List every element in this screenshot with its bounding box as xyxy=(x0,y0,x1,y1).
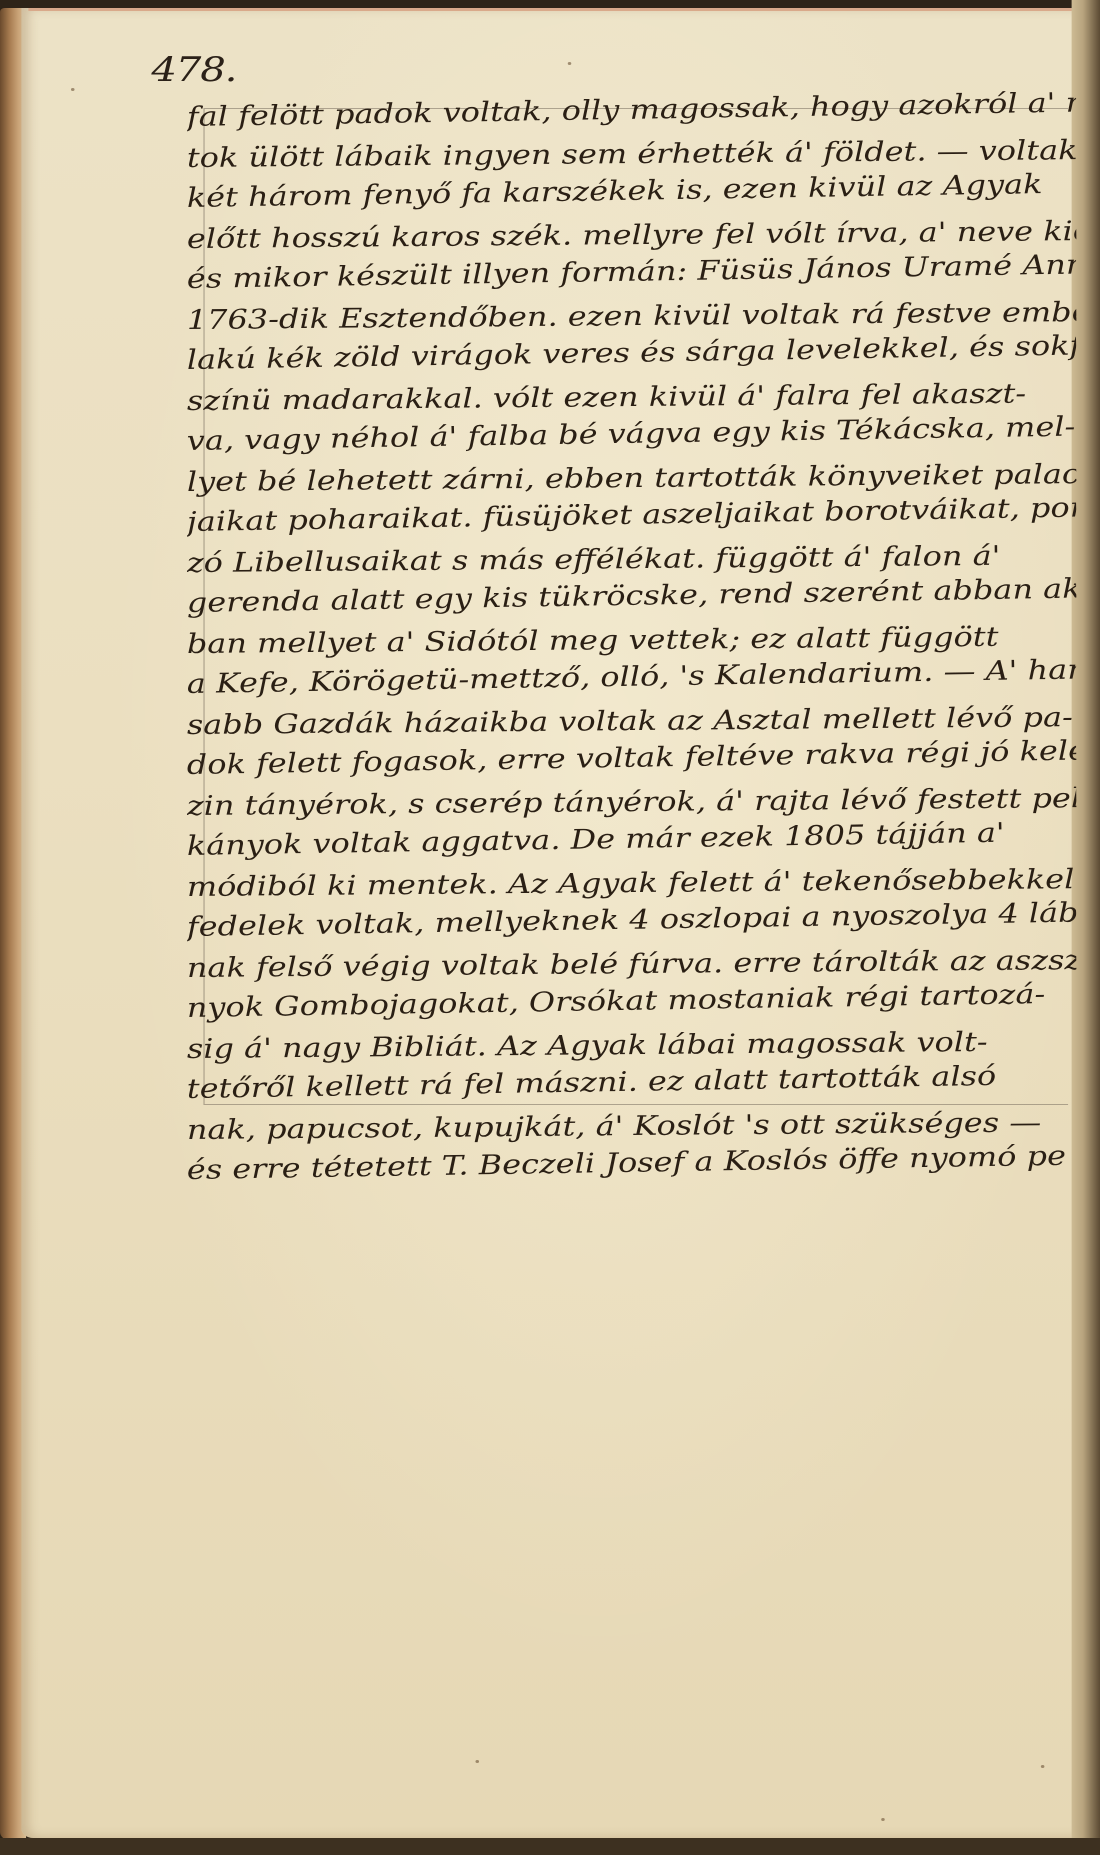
page-number: 478. xyxy=(151,50,236,90)
paper-speck xyxy=(568,62,572,65)
paper-speck xyxy=(1041,1765,1045,1768)
paper-speck xyxy=(71,88,75,91)
paper-speck xyxy=(475,1760,479,1763)
page-bottom-edge xyxy=(0,1838,1100,1855)
handwritten-text-block: fal felött padok voltak, olly magossak, … xyxy=(187,98,1076,1192)
manuscript-scan: 478. fal felött padok voltak, olly magos… xyxy=(0,0,1100,1855)
paper-speck xyxy=(881,1818,885,1821)
page-top-edge xyxy=(28,8,1076,11)
